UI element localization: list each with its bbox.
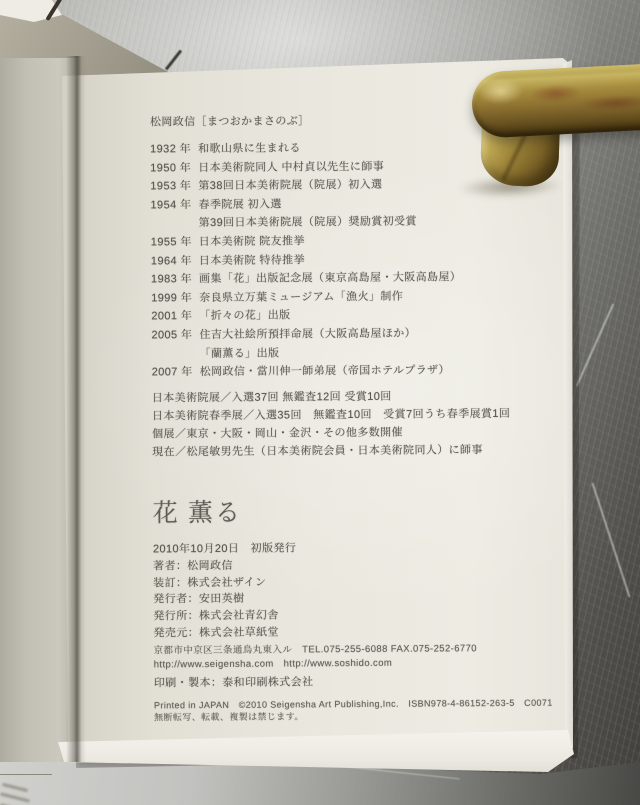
book-title: 花 薫る [153, 494, 561, 531]
bio-text: 日本美術院 特待推挙 [199, 249, 559, 270]
handle-rust-patch [529, 83, 582, 104]
summary-line: 日本美術院春季展／入選35回 無鑑査10回 受賞7回うち春季展賞1回 [152, 404, 560, 425]
bio-year: 2005 年 [151, 326, 199, 345]
bio-text: 画集「花」出版記念展（東京高島屋・大阪高島屋） [199, 268, 559, 289]
bio-year: 1950 年 [150, 159, 198, 178]
bio-text: 第39回日本美術院展（院展）奨励賞初受賞 [199, 212, 559, 233]
publisher-url-line: http://www.seigensha.com http://www.sosh… [154, 655, 562, 671]
bio-year: 2007 年 [152, 363, 200, 382]
bio-year: 2001 年 [151, 307, 199, 326]
bio-text: 日本美術院 院友推挙 [199, 231, 559, 252]
bio-row: 2007 年 松岡政信・當川伸一師弟展（帝国ホテルプラザ） [152, 361, 560, 382]
left-page-rule-line [0, 774, 52, 775]
bio-year: 1953 年 [150, 177, 198, 196]
brass-handle-bar [470, 63, 640, 139]
bio-text: 「折々の花」出版 [199, 305, 559, 326]
bio-text: 松岡政信・當川伸一師弟展（帝国ホテルプラザ） [200, 361, 560, 382]
book-photo: 松岡政信［まつおかまさのぶ］ 1932 年 和歌山県に生まれる 1950 年 日… [0, 0, 640, 805]
bio-year: 1983 年 [151, 270, 199, 289]
printed-text-block: 松岡政信［まつおかまさのぶ］ 1932 年 和歌山県に生まれる 1950 年 日… [150, 111, 562, 724]
bio-year: 1954 年 [150, 196, 198, 215]
bio-year: 1932 年 [150, 140, 198, 159]
bio-text: 「蘭薫る」出版 [199, 342, 559, 363]
gutter-shadow [66, 56, 86, 762]
bio-year: 1999 年 [151, 289, 199, 308]
handle-highlight [477, 77, 524, 105]
bio-text: 奈良県立万葉ミュージアム「漁火」制作 [199, 286, 559, 307]
bio-text: 住吉大社絵所預拝命展（大阪高島屋ほか） [199, 324, 559, 345]
bio-year: 1955 年 [151, 233, 199, 252]
bio-year [151, 345, 199, 364]
colophon-credit: 発売元：株式会社草紙堂 [153, 622, 561, 642]
printer-line: 印刷・製本：泰和印刷株式会社 [154, 672, 562, 691]
career-summary: 日本美術院展／入選37回 無鑑査12回 受賞10回 日本美術院春季展／入選35回… [152, 386, 560, 461]
summary-line: 現在／松尾敏男先生（日本美術院会員・日本美術院同人）に師事 [152, 440, 560, 461]
handle-rust-patch [580, 94, 640, 113]
bio-year [151, 214, 199, 233]
bio-year: 1964 年 [151, 252, 199, 271]
